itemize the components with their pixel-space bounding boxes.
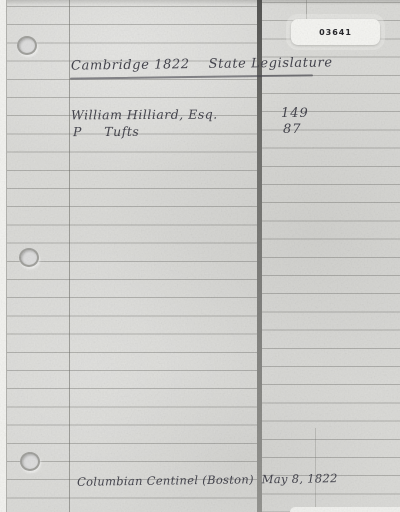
punch-hole [20, 452, 40, 471]
punch-hole [19, 248, 39, 267]
entry-votes: 149 [281, 106, 309, 121]
fold-shadow-line [257, 0, 262, 512]
page-bottom-corner [290, 507, 400, 512]
scan-artifact-line [315, 428, 316, 512]
ruled-lines-right [262, 2, 400, 512]
punch-hole [17, 36, 37, 55]
scanned-document-page: 03641 Cambridge 1822 State Legislature W… [0, 0, 400, 512]
entry-name: William Hilliard, Esq. [71, 107, 218, 123]
ruled-lines-left [7, 6, 257, 512]
catalog-number: 03641 [319, 28, 352, 37]
title-handwriting: Cambridge 1822 State Legislature [71, 55, 333, 73]
entry-votes: 87 [283, 122, 302, 137]
entry-name: P Tufts [73, 124, 139, 139]
catalog-label-sticker: 03641 [291, 19, 380, 45]
